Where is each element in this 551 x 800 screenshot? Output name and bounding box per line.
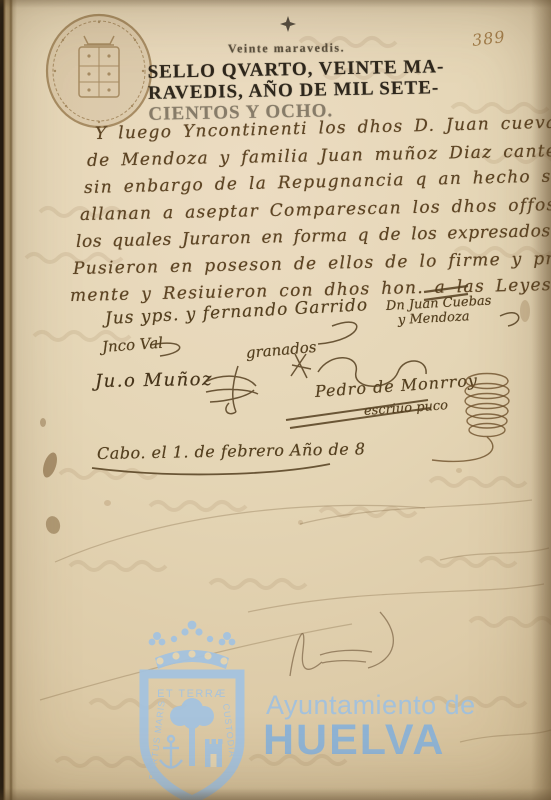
manuscript-scan: ET TERRÆ PORTUS MARIS CUSTODIA Ayuntamie… (0, 0, 551, 800)
crest-anchor (160, 736, 182, 768)
crest-motto-right: CUSTODIA (221, 703, 238, 758)
signature-witness-left-4: Ju.o Muñoz (95, 369, 213, 392)
notarial-seal-icon (38, 8, 163, 136)
folio-number: 389 (471, 27, 507, 50)
cross-ornament-icon (280, 16, 296, 32)
huelva-crest-watermark: ET TERRÆ PORTUS MARIS CUSTODIA (127, 612, 257, 800)
crest-motto-left: PORTUS MARIS (147, 699, 167, 780)
crest-tower (205, 739, 223, 767)
watermark-org-line2: HUELVA (263, 716, 445, 765)
tax-caption: Veinte maravedis. (228, 40, 345, 56)
printed-seal-heading: SELLO QVARTO, VEINTE MA- RAVEDIS, AÑO DE… (147, 56, 445, 125)
